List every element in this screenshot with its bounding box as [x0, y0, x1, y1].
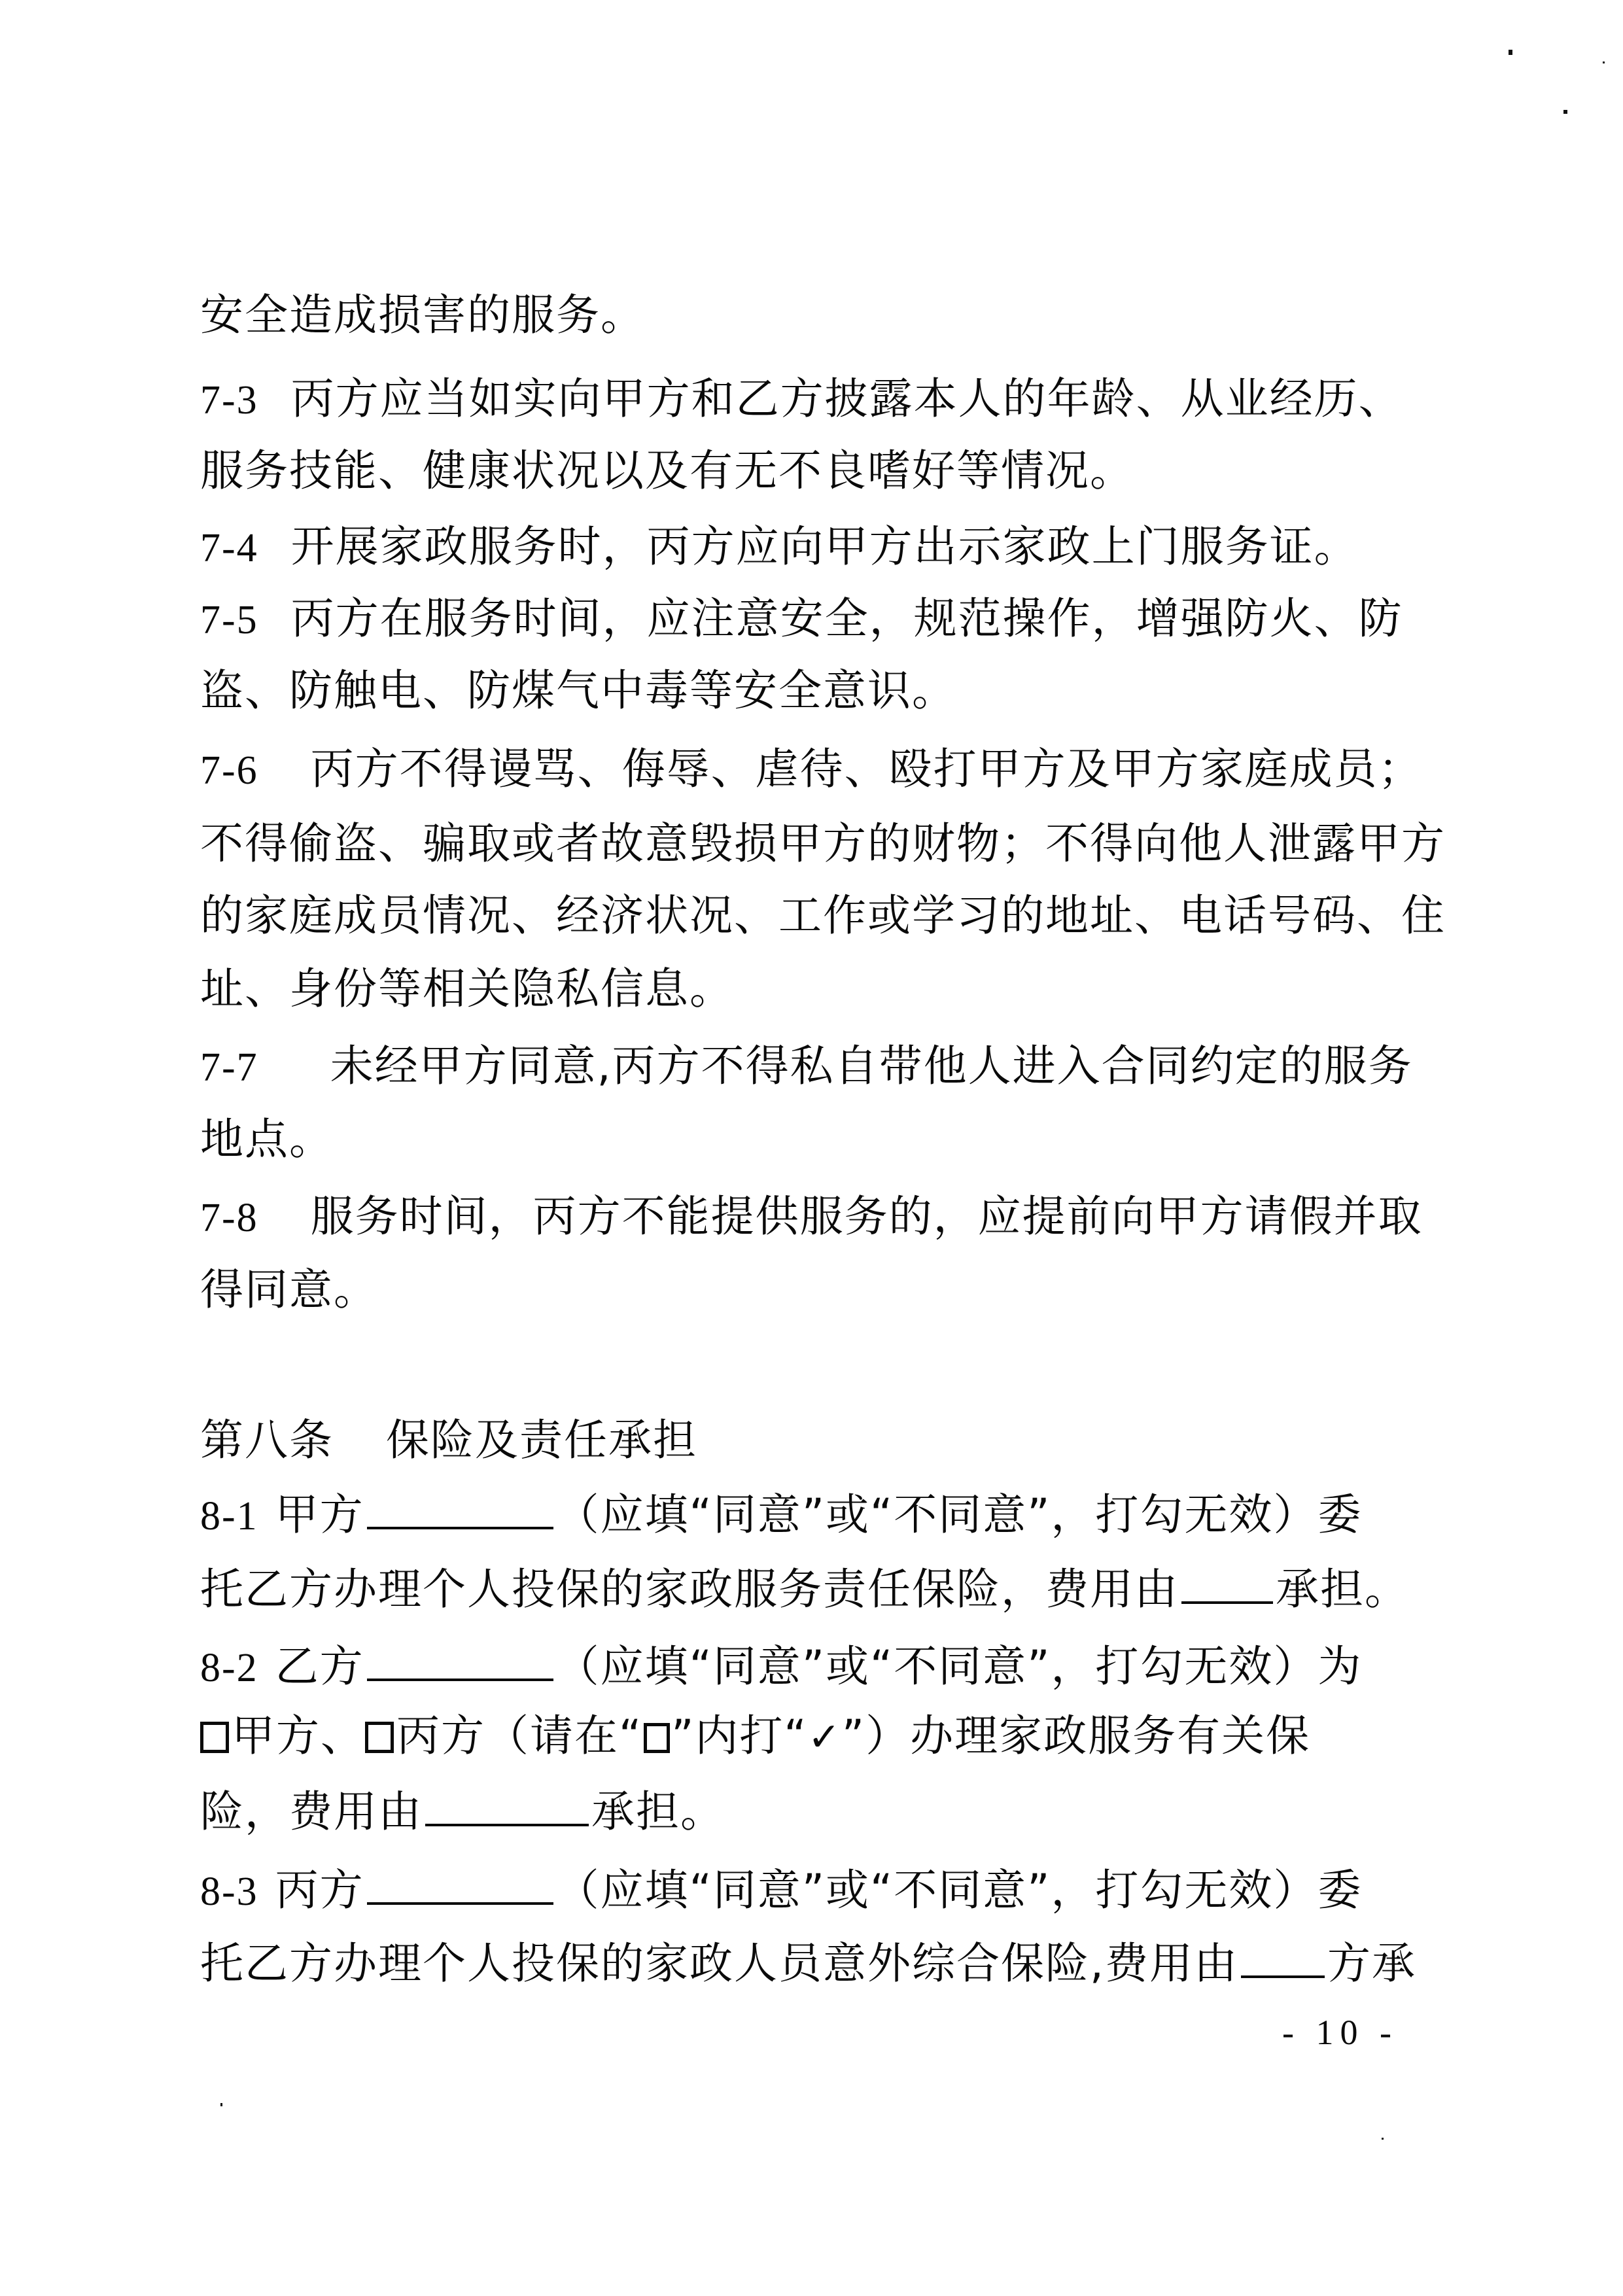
clause-7-5: 7-5丙方在服务时间，应注意安全，规范操作，增强防火、防 [200, 593, 1430, 645]
clause-7-8-cont: 得同意。 [200, 1264, 1430, 1316]
scan-speck [1509, 50, 1512, 55]
article-8-heading: 第八条保险及责任承担 [200, 1414, 1430, 1467]
clause-text: 托乙方办理个人投保的家政人员意外综合保险,费用由 [200, 1938, 1238, 1989]
clause-text: 得同意。 [200, 1264, 378, 1315]
option-label: 甲方、 [232, 1711, 365, 1761]
checkmark-icon: ✓ [808, 1711, 842, 1764]
option-label: 丙方（请在“ [396, 1711, 642, 1761]
cost-bearer-blank-field[interactable] [1241, 1935, 1325, 1978]
clause-number: 7-3 [200, 374, 258, 426]
clause-8-2: 8-2乙方（应填“同意”或“不同意”，打勾无效）为 [200, 1638, 1430, 1690]
clause-7-6-cont: 址、身份等相关隐私信息。 [200, 963, 1430, 1015]
clause-7-5-cont: 盗、防触电、防煤气中毒等安全意识。 [200, 665, 1430, 717]
clause-number: 7-6 [200, 744, 258, 797]
scan-speck [1603, 61, 1605, 63]
clause-number: 7-4 [200, 522, 258, 574]
clause-text: 险，费用由 [200, 1786, 423, 1837]
clause-8-3: 8-3丙方（应填“同意”或“不同意”，打勾无效）委 [200, 1862, 1430, 1914]
clause-text: （应填“同意”或“不同意”，打勾无效）委 [556, 1865, 1363, 1915]
clause-text: 址、身份等相关隐私信息。 [200, 964, 734, 1014]
scan-speck [1563, 110, 1567, 114]
clause-8-3-cont: 托乙方办理个人投保的家政人员意外综合保险,费用由方承 [200, 1935, 1430, 1987]
clause-text: 丙方不得谩骂、侮辱、虐待、殴打甲方及甲方家庭成员； [311, 744, 1423, 794]
page-number: - 10 - [1282, 2009, 1398, 2055]
clause-7-6-cont: 的家庭成员情况、经济状况、工作或学习的地址、电话号码、住 [200, 890, 1430, 942]
clause-text: （应填“同意”或“不同意”，打勾无效）委 [556, 1489, 1363, 1540]
clause-text: 服务时间，丙方不能提供服务的，应提前向甲方请假并取 [311, 1191, 1423, 1242]
party-label: 乙方 [275, 1641, 364, 1692]
clause-number: 8-3 [200, 1866, 258, 1918]
instruction-text: ”）办理家政服务有关保 [842, 1711, 1310, 1761]
clause-7-3: 7-3丙方应当如实向甲方和乙方披露本人的年龄、从业经历、 [200, 373, 1430, 425]
clause-text: 服务技能、健康状况以及有无不良嗜好等情况。 [200, 445, 1134, 496]
article-title: 保险及责任承担 [386, 1415, 697, 1465]
consent-blank-field[interactable] [367, 1486, 553, 1529]
instruction-text: ”内打“ [671, 1711, 807, 1761]
clause-8-1-cont: 托乙方办理个人投保的家政服务责任保险，费用由承担。 [200, 1561, 1430, 1613]
clause-7-7: 7-7未经甲方同意,丙方不得私自带他人进入合同约定的服务 [200, 1040, 1430, 1092]
clause-number: 8-1 [200, 1490, 258, 1542]
article-number: 第八条 [200, 1415, 334, 1465]
clause-number: 7-8 [200, 1192, 258, 1244]
clause-text: 托乙方办理个人投保的家政服务责任保险，费用由 [200, 1564, 1179, 1614]
clause-text: 承担。 [591, 1786, 725, 1837]
clause-7-4: 7-4开展家政服务时，丙方应向甲方出示家政上门服务证。 [200, 521, 1430, 573]
party-label: 甲方 [275, 1489, 364, 1540]
party-a-checkbox[interactable] [200, 1722, 229, 1753]
party-label: 丙方 [275, 1865, 364, 1915]
scan-speck [1382, 2138, 1384, 2140]
clause-text: 地点。 [200, 1114, 334, 1164]
party-c-checkbox[interactable] [365, 1722, 394, 1753]
clause-7-6: 7-6丙方不得谩骂、侮辱、虐待、殴打甲方及甲方家庭成员； [200, 743, 1430, 795]
clause-text: 丙方应当如实向甲方和乙方披露本人的年龄、从业经历、 [291, 374, 1403, 424]
clause-8-2-options: 甲方、丙方（请在“”内打“✓”）办理家政服务有关保 [200, 1710, 1430, 1762]
clause-text: （应填“同意”或“不同意”，打勾无效）为 [556, 1641, 1363, 1692]
checkbox-symbol-icon [644, 1723, 670, 1753]
consent-blank-field[interactable] [367, 1862, 553, 1905]
clause-text: 盗、防触电、防煤气中毒等安全意识。 [200, 665, 956, 716]
clause-7-6-cont: 不得偷盗、骗取或者故意毁损甲方的财物；不得向他人泄露甲方 [200, 818, 1430, 870]
cost-bearer-blank-field[interactable] [1181, 1561, 1273, 1604]
clause-8-1: 8-1甲方（应填“同意”或“不同意”，打勾无效）委 [200, 1486, 1430, 1539]
clause-text: 的家庭成员情况、经济状况、工作或学习的地址、电话号码、住 [200, 890, 1446, 941]
cost-bearer-blank-field[interactable] [425, 1783, 589, 1826]
clause-7-7-cont: 地点。 [200, 1113, 1430, 1166]
clause-number: 7-5 [200, 594, 258, 646]
text: 安全造成损害的服务。 [200, 290, 645, 340]
clause-7-3-cont: 服务技能、健康状况以及有无不良嗜好等情况。 [200, 445, 1430, 497]
document-page: 安全造成损害的服务。 7-3丙方应当如实向甲方和乙方披露本人的年龄、从业经历、 … [0, 0, 1623, 2296]
scan-speck [220, 2103, 222, 2106]
clause-8-2-cont: 险，费用由承担。 [200, 1783, 1430, 1835]
clause-text: 丙方在服务时间，应注意安全，规范操作，增强防火、防 [291, 593, 1403, 644]
clause-text: 未经甲方同意,丙方不得私自带他人进入合同约定的服务 [330, 1041, 1413, 1091]
clause-text: 不得偷盗、骗取或者故意毁损甲方的财物；不得向他人泄露甲方 [200, 818, 1446, 869]
clause-number: 7-7 [200, 1041, 258, 1094]
clause-number: 8-2 [200, 1642, 258, 1694]
clause-text: 开展家政服务时，丙方应向甲方出示家政上门服务证。 [291, 521, 1359, 572]
paragraph-continuation: 安全造成损害的服务。 [200, 289, 1430, 341]
clause-text: 方承 [1327, 1938, 1416, 1989]
clause-text: 承担。 [1276, 1564, 1409, 1614]
clause-7-8: 7-8服务时间，丙方不能提供服务的，应提前向甲方请假并取 [200, 1191, 1430, 1243]
consent-blank-field[interactable] [367, 1638, 553, 1681]
